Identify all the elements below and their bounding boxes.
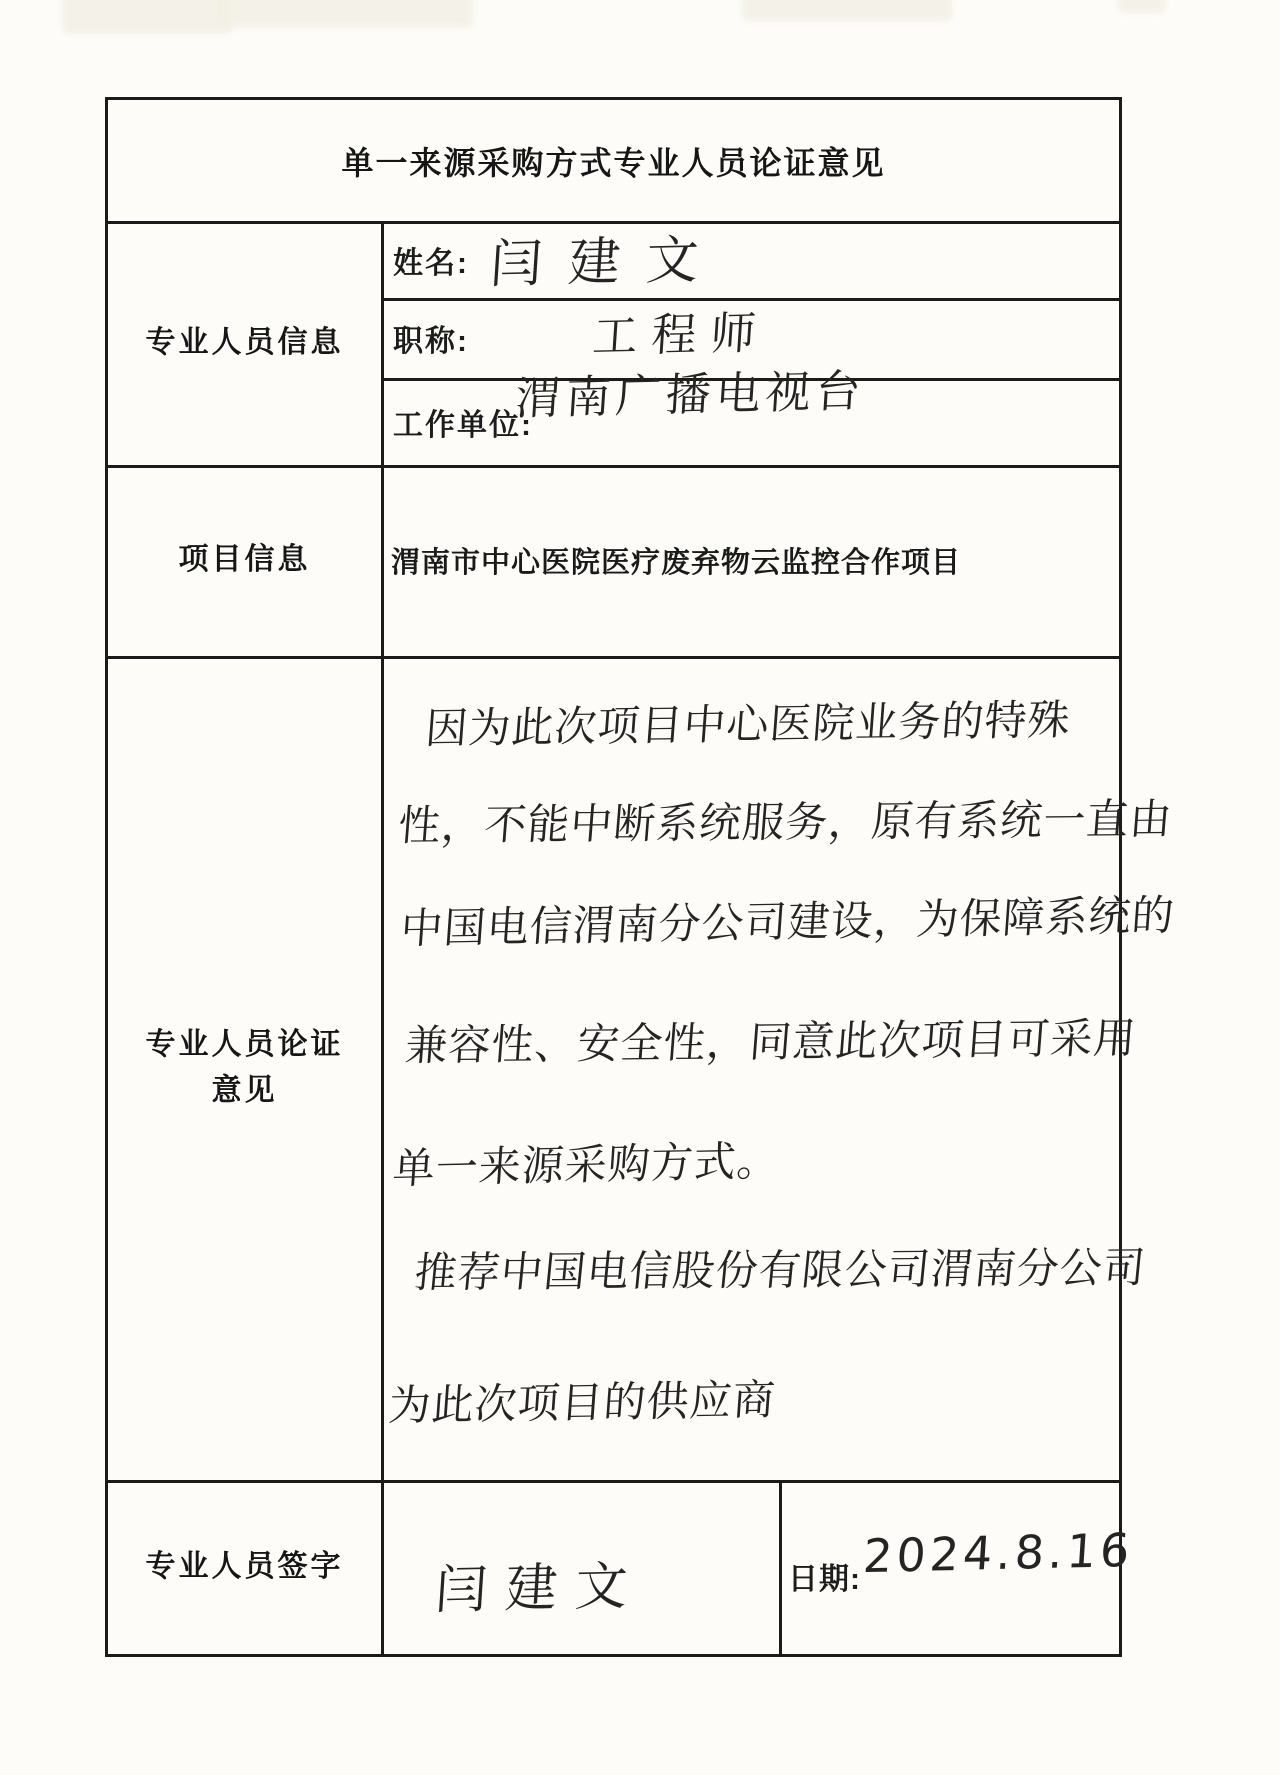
scan-artifact — [218, 0, 473, 28]
scan-artifact — [62, 0, 232, 34]
opinion-handwritten-line: 中国电信渭南分公司建设，为保障系统的 — [399, 882, 1177, 956]
handwritten-date-value: 2024.8.16 — [862, 1523, 1136, 1583]
scan-artifact — [1118, 0, 1166, 14]
field-label-workunit: 工作单位: — [393, 378, 533, 465]
grid-line-date-column — [779, 1480, 782, 1654]
handwritten-jobtitle-value: 工程师 — [591, 296, 772, 365]
grid-line-label-column — [381, 221, 384, 1654]
scan-artifact — [742, 0, 952, 22]
section-label-personnel-info: 专业人员信息 — [108, 221, 381, 465]
field-label-name: 姓名: — [393, 221, 469, 298]
opinion-label-line1: 专业人员论证 — [146, 1022, 344, 1069]
opinion-handwritten-line: 兼容性、安全性，同意此次项目可采用 — [403, 1005, 1139, 1073]
signature-label: 专业人员签字 — [146, 1544, 344, 1591]
project-name-value: 渭南市中心医院医疗废弃物云监控合作项目 — [391, 465, 1091, 656]
handwritten-name-value: 闫建文 — [488, 217, 727, 297]
opinion-handwritten-line: 因为此次项目中心医院业务的特殊 — [424, 687, 1073, 756]
section-label-project-info: 项目信息 — [108, 465, 381, 656]
opinion-handwritten-line: 单一来源采购方式。 — [391, 1128, 782, 1196]
scanned-form-page: 单一来源采购方式专业人员论证意见 专业人员信息 项目信息 专业人员论证 意见 专… — [0, 0, 1280, 1775]
project-info-label: 项目信息 — [179, 537, 311, 584]
opinion-handwritten-line: 推荐中国电信股份有限公司渭南分公司 — [412, 1235, 1149, 1300]
page-title: 单一来源采购方式专业人员论证意见 — [341, 138, 885, 184]
section-label-opinion: 专业人员论证 意见 — [108, 656, 381, 1480]
personnel-info-label: 专业人员信息 — [146, 320, 344, 367]
section-label-signature: 专业人员签字 — [108, 1480, 381, 1654]
date-label: 日期: — [788, 1554, 861, 1598]
form-title-row: 单一来源采购方式专业人员论证意见 — [108, 100, 1119, 221]
handwritten-signature: 闫建文 — [433, 1543, 648, 1623]
opinion-handwritten-line: 为此次项目的供应商 — [387, 1367, 778, 1433]
opinion-handwritten-line: 性，不能中断系统服务，原有系统一直由 — [396, 786, 1175, 853]
form-table: 单一来源采购方式专业人员论证意见 专业人员信息 项目信息 专业人员论证 意见 专… — [105, 97, 1122, 1657]
handwritten-workunit-value: 渭南广播电视台 — [514, 354, 868, 427]
opinion-label-line2: 意见 — [212, 1068, 278, 1115]
field-label-jobtitle: 职称: — [393, 298, 469, 378]
